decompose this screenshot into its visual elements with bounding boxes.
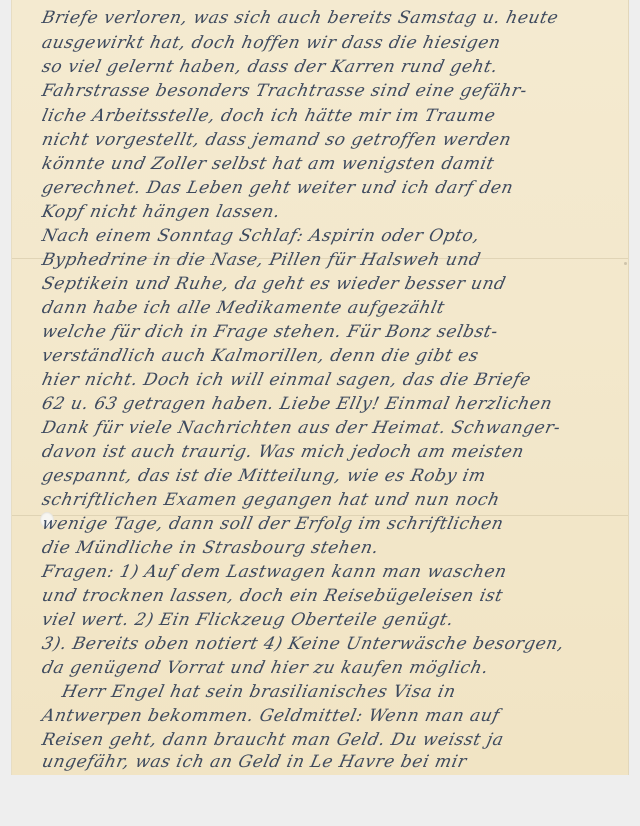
handwritten-line: Reisen geht, dann braucht man Geld. Du w…	[40, 730, 506, 750]
paper-speck	[624, 262, 627, 265]
handwritten-line: 3). Bereits oben notiert 4) Keine Unterw…	[40, 634, 566, 654]
handwritten-line: hier nicht. Doch ich will einmal sagen, …	[40, 370, 533, 390]
handwritten-line: Kopf nicht hängen lassen.	[40, 202, 282, 222]
handwritten-line: 62 u. 63 getragen haben. Liebe Elly! Ein…	[40, 394, 554, 414]
handwritten-line: Dank für viele Nachrichten aus der Heima…	[40, 418, 562, 438]
handwritten-line: wenige Tage, dann soll der Erfolg im sch…	[40, 514, 506, 534]
handwritten-line: ausgewirkt hat, doch hoffen wir dass die…	[40, 33, 503, 53]
handwritten-line: liche Arbeitsstelle, doch ich hätte mir …	[40, 106, 497, 126]
handwritten-line: Herr Engel hat sein brasilianisches Visa…	[60, 682, 458, 702]
handwritten-line: verständlich auch Kalmorillen, denn die …	[40, 346, 481, 366]
handwritten-line: Antwerpen bekommen. Geldmittel: Wenn man…	[40, 706, 502, 726]
handwritten-line: könnte und Zoller selbst hat am wenigste…	[40, 154, 496, 174]
handwritten-line: welche für dich in Frage stehen. Für Bon…	[40, 322, 500, 342]
handwritten-line: Fragen: 1) Auf dem Lastwagen kann man wa…	[40, 562, 509, 582]
handwritten-line: Septikein und Ruhe, da geht es wieder be…	[40, 274, 508, 294]
handwritten-line: Fahrstrasse besonders Trachtrasse sind e…	[40, 81, 529, 101]
handwritten-line: ungefähr, was ich an Geld in Le Havre be…	[40, 752, 469, 772]
handwritten-line: gerechnet. Das Leben geht weiter und ich…	[40, 178, 515, 198]
handwritten-line: davon ist auch traurig. Was mich jedoch …	[40, 442, 526, 462]
handwritten-line: Byphedrine in die Nase, Pillen für Halsw…	[40, 250, 483, 270]
handwritten-line: Briefe verloren, was sich auch bereits S…	[40, 8, 560, 28]
handwritten-line: und trocknen lassen, doch ein Reisebügel…	[40, 586, 505, 606]
handwritten-line: gespannt, das ist die Mitteilung, wie es…	[40, 466, 488, 486]
handwritten-line: viel wert. 2) Ein Flickzeug Oberteile ge…	[40, 610, 456, 630]
handwritten-line: Nach einem Sonntag Schlaf: Aspirin oder …	[40, 226, 482, 246]
handwritten-line: nicht vorgestellt, dass jemand so getrof…	[40, 130, 513, 150]
handwritten-line: dann habe ich alle Medikamente aufgezähl…	[40, 298, 447, 318]
handwritten-line: schriftlichen Examen gegangen hat und nu…	[40, 490, 502, 510]
handwritten-line: da genügend Vorrat und hier zu kaufen mö…	[40, 658, 490, 678]
handwritten-line: so viel gelernt haben, dass der Karren r…	[40, 57, 500, 77]
handwritten-line: die Mündliche in Strasbourg stehen.	[40, 538, 381, 558]
letter-page: Briefe verloren, was sich auch bereits S…	[12, 0, 628, 775]
